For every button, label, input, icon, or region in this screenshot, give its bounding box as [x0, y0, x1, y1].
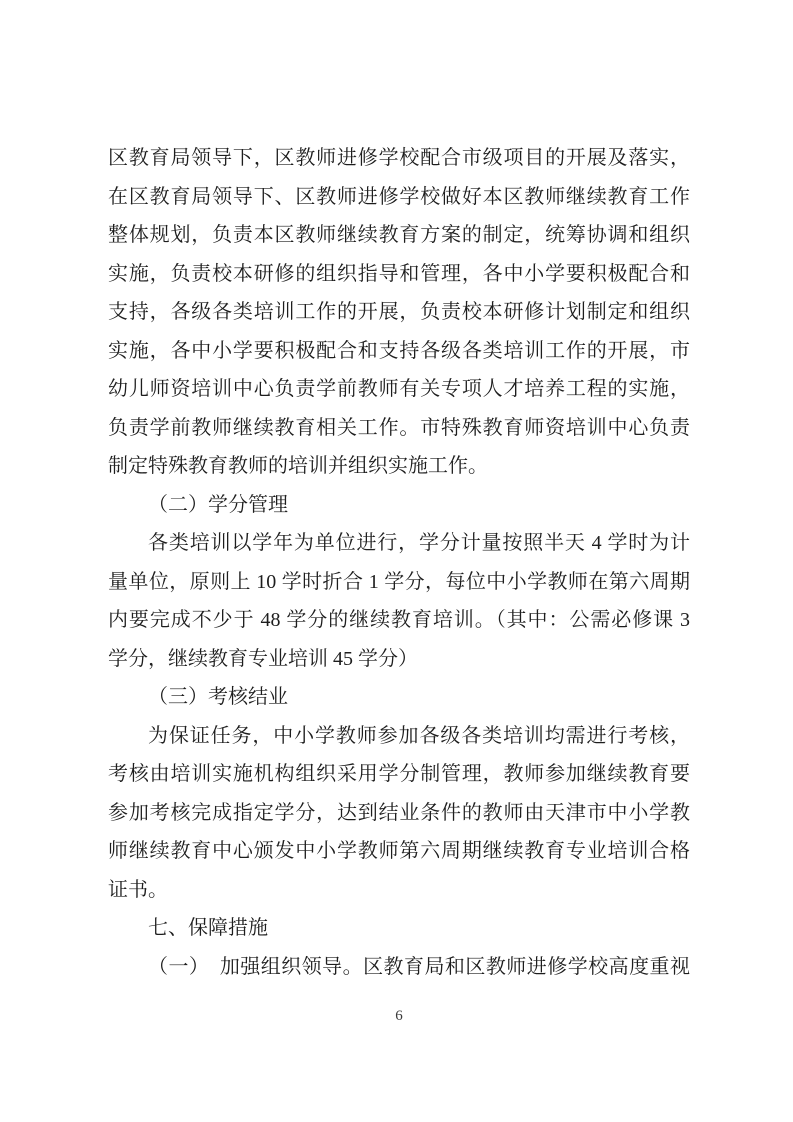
- text-line: （二）学分管理: [108, 486, 690, 525]
- text-line: 在区教育局领导下、区教师进修学校做好本区教师继续教育工作: [108, 178, 690, 217]
- text-line: 七、保障措施: [108, 909, 690, 948]
- text-line: 各类培训以学年为单位进行，学分计量按照半天 4 学时为计: [108, 524, 690, 563]
- text-line: 参加考核完成指定学分，达到结业条件的教师由天津市中小学教: [108, 794, 690, 833]
- text-line: （一） 加强组织领导。区教育局和区教师进修学校高度重视: [108, 948, 690, 987]
- text-line: 学分，继续教育专业培训 45 学分）: [108, 640, 690, 679]
- text-line: 实施，负责校本研修的组织指导和管理，各中小学要积极配合和: [108, 255, 690, 294]
- text-line: 制定特殊教育教师的培训并组织实施工作。: [108, 447, 690, 486]
- text-line: 支持，各级各类培训工作的开展，负责校本研修计划制定和组织: [108, 293, 690, 332]
- text-line: 幼儿师资培训中心负责学前教师有关专项人才培养工程的实施，: [108, 370, 690, 409]
- text-line: 内要完成不少于 48 学分的继续教育培训。（其中：公需必修课 3: [108, 601, 690, 640]
- text-line: （三）考核结业: [108, 678, 690, 717]
- document-page: 区教育局领导下，区教师进修学校配合市级项目的开展及落实，在区教育局领导下、区教师…: [0, 0, 793, 1122]
- text-line: 实施，各中小学要积极配合和支持各级各类培训工作的开展，市: [108, 332, 690, 371]
- text-line: 师继续教育中心颁发中小学教师第六周期继续教育专业培训合格: [108, 832, 690, 871]
- text-line: 证书。: [108, 871, 690, 910]
- document-body: 区教育局领导下，区教师进修学校配合市级项目的开展及落实，在区教育局领导下、区教师…: [108, 139, 690, 986]
- text-line: 负责学前教师继续教育相关工作。市特殊教育师资培训中心负责: [108, 409, 690, 448]
- page-footer: 6: [108, 1005, 690, 1027]
- page-number: 6: [395, 1008, 403, 1024]
- text-line: 量单位，原则上 10 学时折合 1 学分，每位中小学教师在第六周期: [108, 563, 690, 602]
- text-line: 区教育局领导下，区教师进修学校配合市级项目的开展及落实，: [108, 139, 690, 178]
- text-line: 考核由培训实施机构组织采用学分制管理，教师参加继续教育要: [108, 755, 690, 794]
- text-line: 为保证任务，中小学教师参加各级各类培训均需进行考核，: [108, 717, 690, 756]
- text-line: 整体规划，负责本区教师继续教育方案的制定，统筹协调和组织: [108, 216, 690, 255]
